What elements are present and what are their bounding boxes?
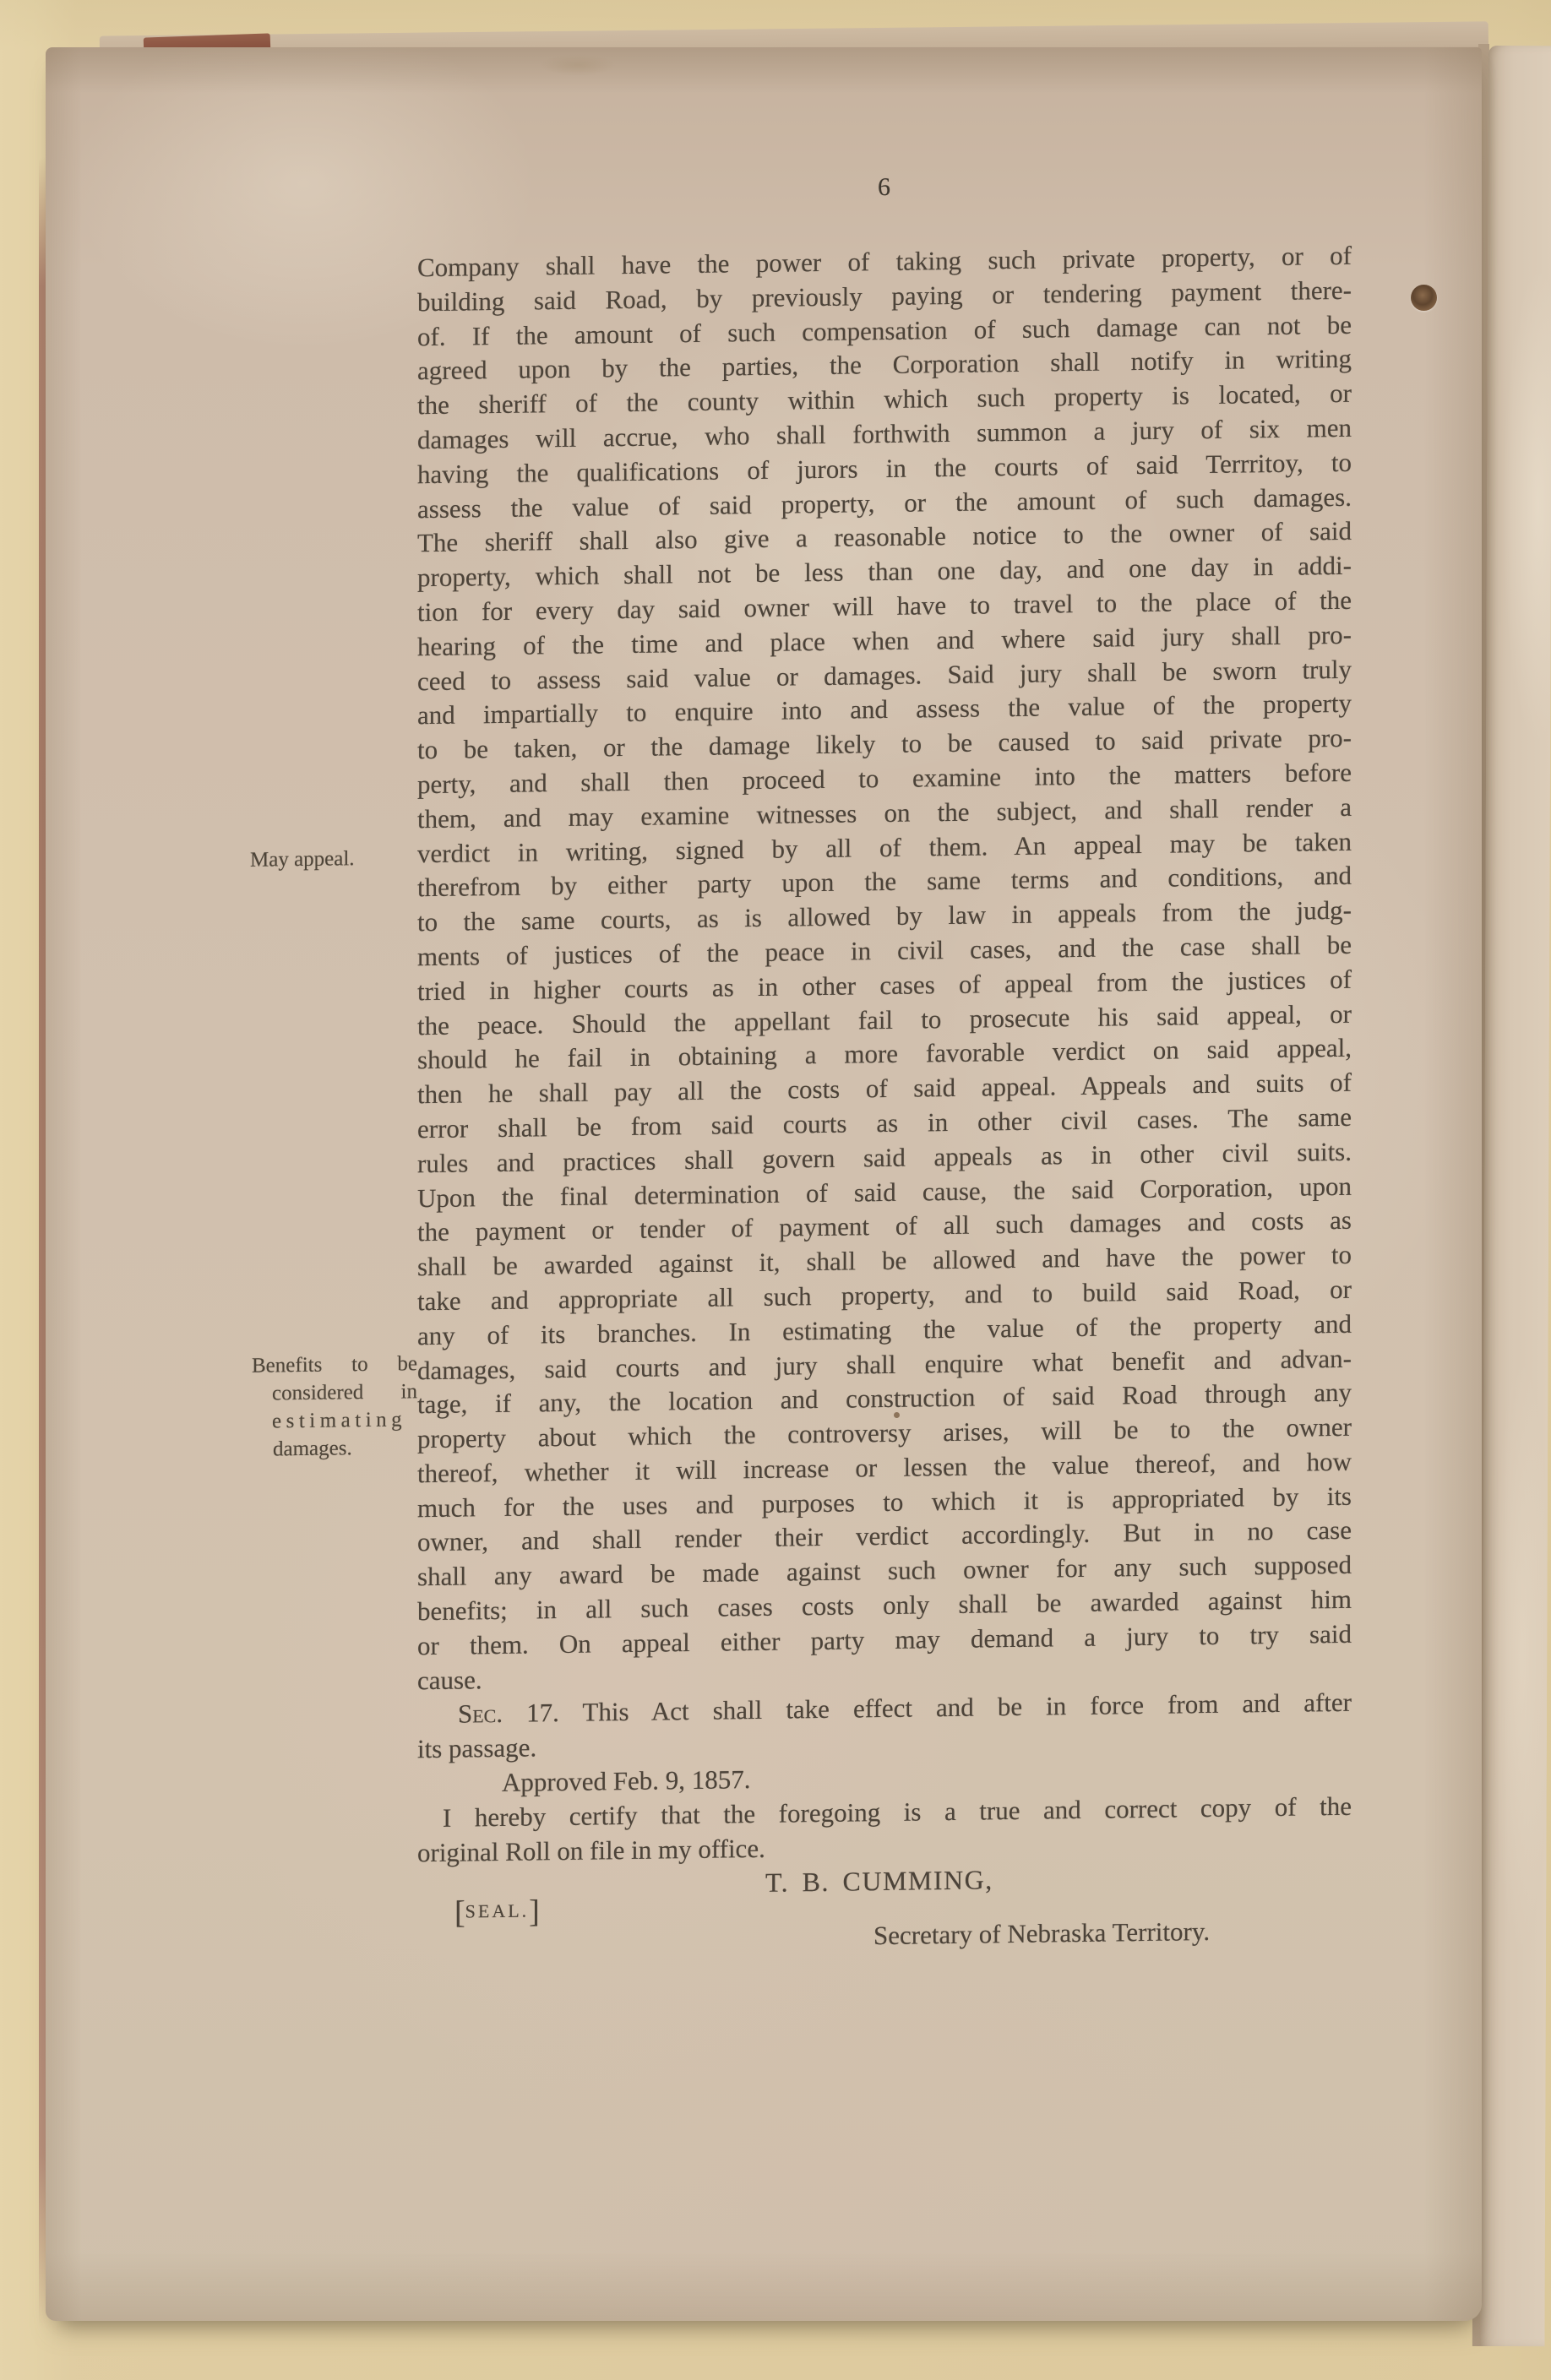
- scanned-page: 6 May appeal. Benefits to be considered …: [46, 47, 1482, 2321]
- seal-bracket-open: [: [454, 1895, 465, 1931]
- section-label: Sec.: [458, 1698, 503, 1729]
- page-number: 6: [417, 165, 1352, 211]
- seal-mark: [SEAL.]: [454, 1892, 540, 1930]
- margin-note-line: estimating: [252, 1405, 417, 1436]
- margin-note-benefits: Benefits to be considered in estimating …: [252, 1350, 417, 1464]
- next-page-edge: [1480, 46, 1551, 2346]
- margin-note-line: considered in: [252, 1377, 417, 1408]
- signature-title: Secretary of Nebraska Territory.: [873, 1915, 1210, 1953]
- seal-bracket-close: ]: [529, 1894, 540, 1930]
- punch-hole: [1411, 285, 1437, 311]
- seal-text: SEAL.: [465, 1900, 530, 1922]
- scanned-document-background: { "doc": { "page_number": "6", "margin_n…: [0, 0, 1551, 2380]
- margin-note-may-appeal: May appeal.: [250, 845, 377, 874]
- paper-stain: [540, 54, 616, 76]
- page-text-block: 6 May appeal. Benefits to be considered …: [417, 239, 1352, 1981]
- margin-note-line: Benefits to be: [252, 1350, 417, 1380]
- margin-note-line: damages.: [252, 1433, 417, 1464]
- signature-row: [SEAL.] Secretary of Nebraska Territory.: [417, 1893, 1352, 1981]
